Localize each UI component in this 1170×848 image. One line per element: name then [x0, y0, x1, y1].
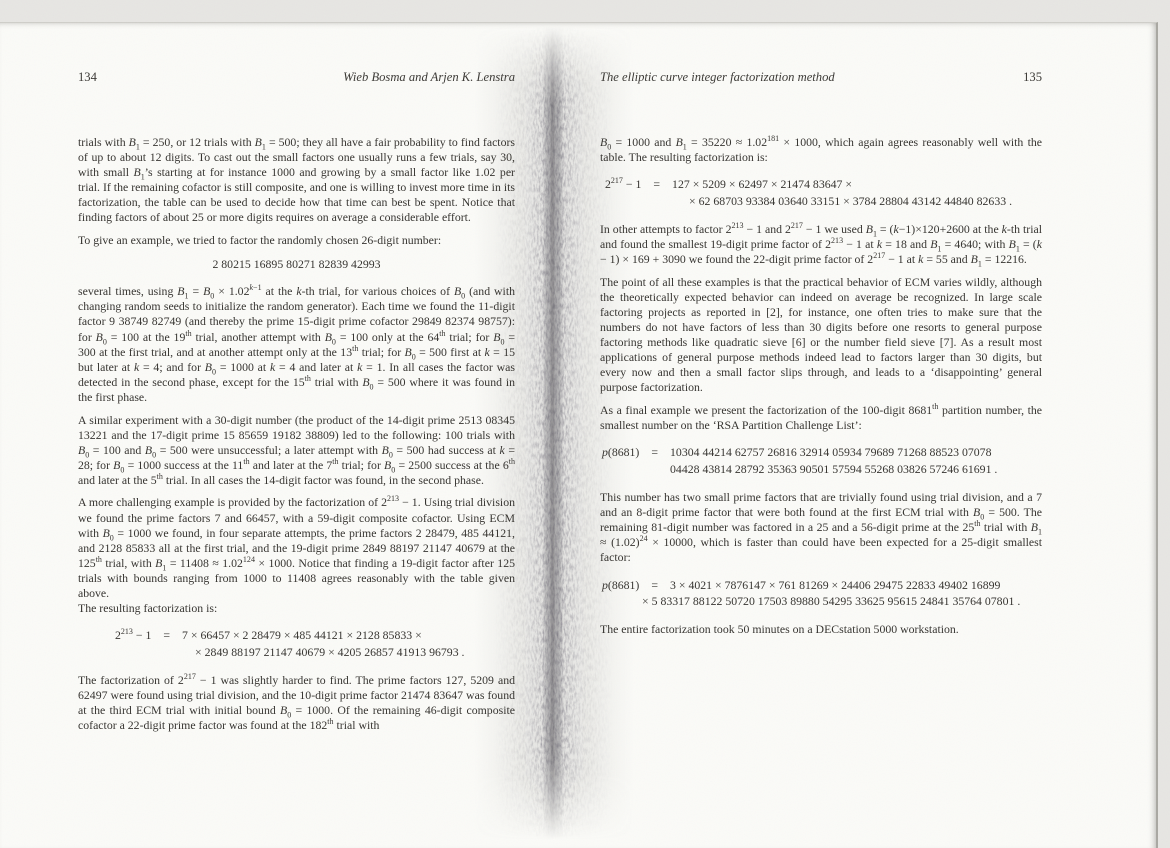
- paragraph-other-attempts: In other attempts to factor 2213 − 1 and…: [600, 222, 1042, 267]
- page-right: The elliptic curve integer factorization…: [600, 70, 1042, 645]
- paragraph-two-small-primes: This number has two small prime factors …: [600, 490, 1042, 565]
- equation-rhs: 3 × 4021 × 7876147 × 761 81269 × 24406 2…: [670, 577, 1020, 610]
- display-26-digit-number: 2 80215 16895 80271 82839 42993: [78, 257, 515, 272]
- page-left: 134 Wieb Bosma and Arjen K. Lenstra tria…: [78, 70, 515, 741]
- equation-line: 04428 43814 28792 35363 90501 57594 5526…: [670, 461, 997, 477]
- equals-sign: =: [639, 577, 670, 593]
- book-scan: 134 Wieb Bosma and Arjen K. Lenstra tria…: [0, 0, 1170, 848]
- paragraph-2pow217: The factorization of 2217 − 1 was slight…: [78, 673, 515, 733]
- paragraph-point-of-examples: The point of all these examples is that …: [600, 275, 1042, 396]
- equation-lhs: 2217 − 1: [605, 176, 641, 192]
- equation-rhs: 127 × 5209 × 62497 × 21474 83647 × × 62 …: [672, 176, 1012, 209]
- paragraph-example-intro: To give an example, we tried to factor t…: [78, 233, 515, 248]
- running-title-right: The elliptic curve integer factorization…: [600, 70, 835, 85]
- equals-sign: =: [151, 627, 182, 643]
- running-title-left: Wieb Bosma and Arjen K. Lenstra: [343, 70, 515, 85]
- page-header-right: The elliptic curve integer factorization…: [600, 70, 1042, 85]
- equation-line: × 5 83317 88122 50720 17503 89880 54295 …: [642, 593, 1020, 609]
- paragraph-b0-1000: B0 = 1000 and B1 = 35220 ≈ 1.02181 × 100…: [600, 135, 1042, 165]
- equation-partition-number: p(8681) = 10304 44214 62757 26816 32914 …: [600, 444, 1042, 477]
- equation-line: × 2849 88197 21147 40679 × 4205 26857 41…: [195, 644, 464, 660]
- paragraph-30-digit-experiment: A similar experiment with a 30-digit num…: [78, 413, 515, 488]
- equation-line: × 62 68703 93384 03640 33151 × 3784 2880…: [689, 193, 1012, 209]
- page-body-right: B0 = 1000 and B1 = 35220 ≈ 1.02181 × 100…: [600, 135, 1042, 637]
- equation-2pow213: 2213 − 1 = 7 × 66457 × 2 28479 × 485 441…: [78, 627, 515, 660]
- equation-line: 7 × 66457 × 2 28479 × 485 44121 × 2128 8…: [182, 627, 464, 643]
- equation-line: 10304 44214 62757 26816 32914 05934 7968…: [670, 444, 997, 460]
- page-number-right: 135: [1023, 70, 1042, 85]
- equation-lhs: p(8681): [602, 577, 639, 593]
- paragraph-trials: trials with B1 = 250, or 12 trials with …: [78, 135, 515, 226]
- paragraph-resulting-factorization: The resulting factorization is:: [78, 601, 515, 616]
- equation-rhs: 7 × 66457 × 2 28479 × 485 44121 × 2128 8…: [182, 627, 464, 660]
- equation-line: 127 × 5209 × 62497 × 21474 83647 ×: [672, 176, 1012, 192]
- paragraph-2pow213: A more challenging example is provided b…: [78, 495, 515, 601]
- paragraph-several-times: several times, using B1 = B0 × 1.02k−1 a…: [78, 284, 515, 405]
- equation-line: 3 × 4021 × 7876147 × 761 81269 × 24406 2…: [670, 577, 1020, 593]
- equation-partition-factorization: p(8681) = 3 × 4021 × 7876147 × 761 81269…: [600, 577, 1042, 610]
- equals-sign: =: [641, 176, 672, 192]
- equation-lhs: 2213 − 1: [115, 627, 151, 643]
- paragraph-final-example: As a final example we present the factor…: [600, 403, 1042, 433]
- equals-sign: =: [639, 444, 670, 460]
- equation-2pow217: 2217 − 1 = 127 × 5209 × 62497 × 21474 83…: [600, 176, 1042, 209]
- page-header-left: 134 Wieb Bosma and Arjen K. Lenstra: [78, 70, 515, 85]
- equation-rhs: 10304 44214 62757 26816 32914 05934 7968…: [670, 444, 997, 477]
- page-number-left: 134: [78, 70, 97, 85]
- page-body-left: trials with B1 = 250, or 12 trials with …: [78, 135, 515, 733]
- paragraph-dec-workstation: The entire factorization took 50 minutes…: [600, 622, 1042, 637]
- equation-lhs: p(8681): [602, 444, 639, 460]
